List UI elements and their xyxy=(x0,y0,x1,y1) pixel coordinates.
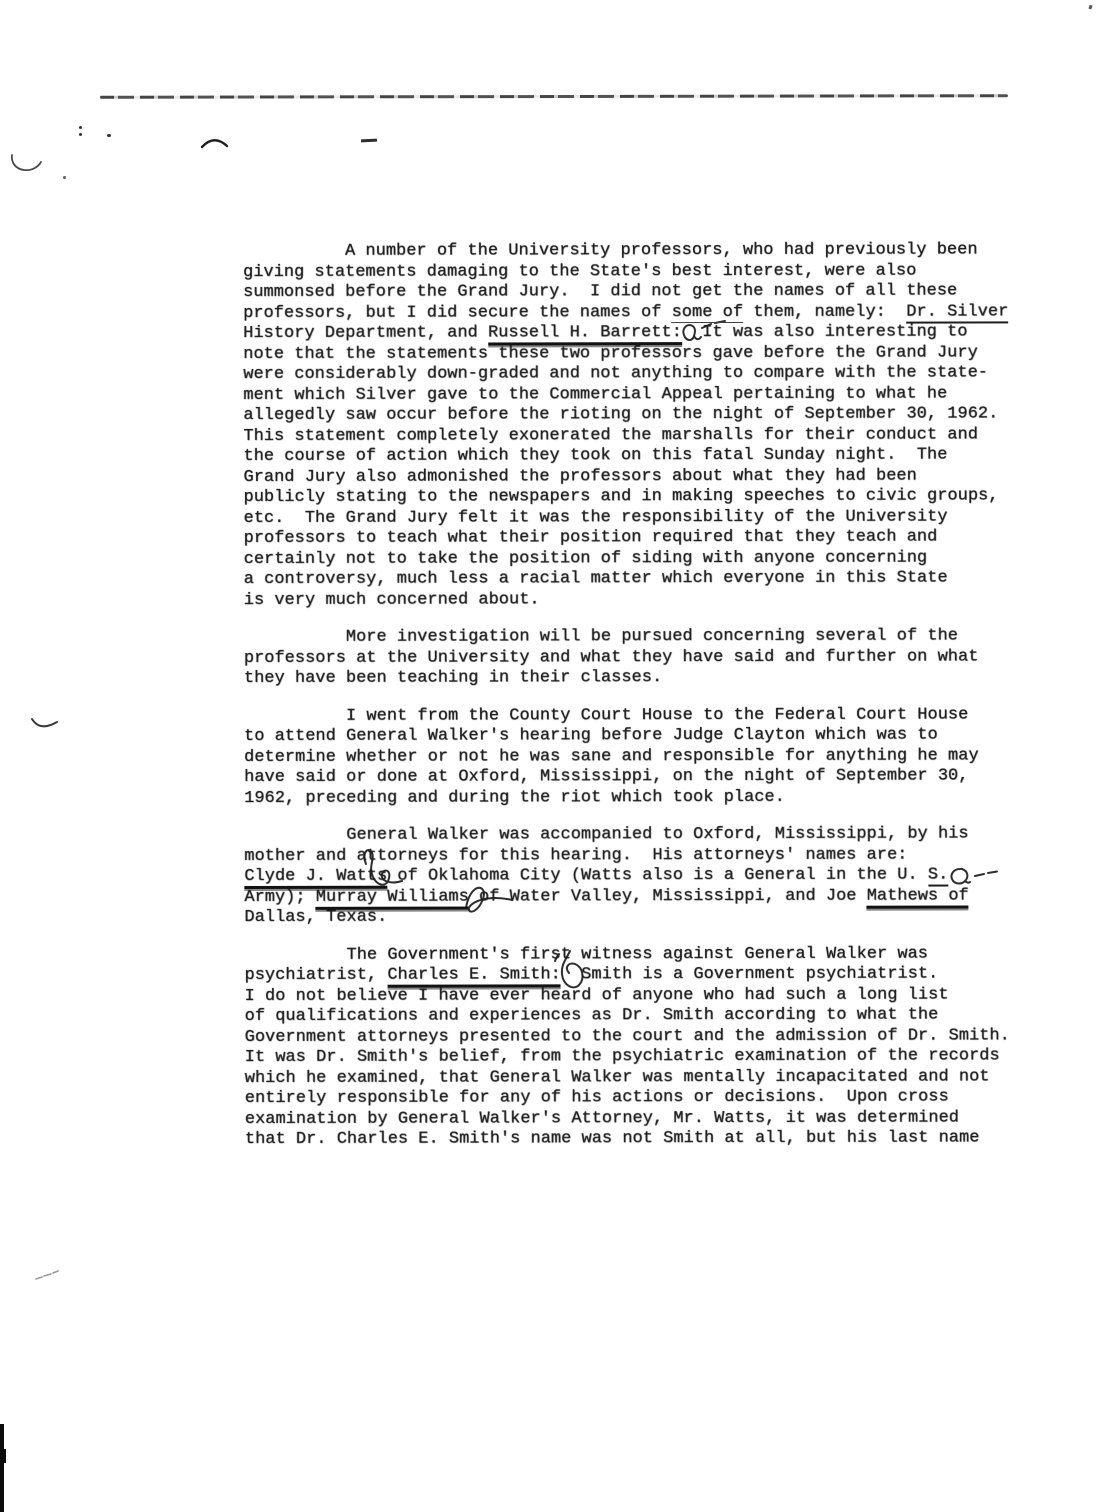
text-run: them, namely: xyxy=(743,302,906,321)
colon-speck xyxy=(79,126,82,129)
text-line: they have been teaching in their classes… xyxy=(244,667,1009,689)
left-margin-curl-mark xyxy=(30,714,60,730)
text-line: giving statements damaging to the State'… xyxy=(243,261,1008,283)
left-margin-curl-mark xyxy=(8,153,44,175)
flag-speck xyxy=(988,1261,998,1270)
text-run: Dallas, Texas. xyxy=(244,908,387,927)
text-line: is very much concerned about. xyxy=(244,589,1009,611)
text-line: of qualifications and experiences as Dr.… xyxy=(245,1005,1010,1027)
text-run: It was also interesting to xyxy=(682,322,968,342)
arc-mark xyxy=(200,137,230,151)
text-run: A number of the University professors, w… xyxy=(243,240,978,261)
text-run: History Department, and xyxy=(243,323,488,343)
text-run: ment which Silver gave to the Commercial… xyxy=(243,384,947,404)
typewritten-text-block: A number of the University professors, w… xyxy=(243,240,1010,1167)
text-line: The Government's first witness against G… xyxy=(244,944,1009,966)
text-run: have said or done at Oxford, Mississippi… xyxy=(244,766,968,787)
text-run: professors at the University and what th… xyxy=(244,647,979,668)
text-run: examination by General Walker's Attorney… xyxy=(245,1108,959,1128)
text-run: Smith is a Government psychiatrist. xyxy=(561,965,939,985)
text-line: the course of action which they took on … xyxy=(243,445,1008,467)
text-run: a controversy, much less a racial matter… xyxy=(244,569,948,589)
underlined-text: Russell H. Barrett: xyxy=(488,323,682,345)
text-run: summonsed before the Grand Jury. I did n… xyxy=(243,282,957,302)
text-line: History Department, and Russell H. Barre… xyxy=(243,322,1008,344)
text-run: I do not believe I have ever heard of an… xyxy=(245,985,949,1005)
dash-mark xyxy=(361,139,377,143)
text-run: professors to teach what their position … xyxy=(244,528,938,548)
text-line: note that the statements these two profe… xyxy=(243,343,1008,365)
text-line: examination by General Walker's Attorney… xyxy=(245,1108,1010,1130)
text-run: of Oklahoma City (Watts also is a Genera… xyxy=(387,866,928,886)
underlined-text: Murray Williams xyxy=(316,887,469,909)
text-run: psychiatrist, xyxy=(245,966,388,985)
text-run: General Walker was accompanied to Oxford… xyxy=(244,824,968,845)
text-line: I do not believe I have ever heard of an… xyxy=(245,985,1010,1007)
text-run: Army); xyxy=(244,887,315,906)
text-line: professors, but I did secure the names o… xyxy=(243,302,1008,324)
text-line: A number of the University professors, w… xyxy=(243,240,1008,262)
text-run: 1962, preceding and during the riot whic… xyxy=(244,787,785,807)
text-line: It was Dr. Smith's belief, from the psyc… xyxy=(245,1046,1010,1068)
underlined-text: some of xyxy=(672,302,743,322)
underlined-text: Charles E. Smith: xyxy=(387,965,560,987)
scanned-document-page: A number of the University professors, w… xyxy=(0,0,1100,1512)
text-line: were considerably down-graded and not an… xyxy=(243,363,1008,385)
left-margin-curl-mark xyxy=(34,1268,60,1282)
text-line: I went from the County Court House to th… xyxy=(244,705,1009,727)
text-line: ment which Silver gave to the Commercial… xyxy=(243,384,1008,406)
dot-speck xyxy=(63,176,66,179)
paragraph: A number of the University professors, w… xyxy=(243,240,1009,611)
text-line: determine whether or not he was sane and… xyxy=(244,746,1009,768)
underlined-text: S. xyxy=(928,866,948,887)
text-line: etc. The Grand Jury felt it was the resp… xyxy=(244,507,1009,529)
text-line: Government attorneys presented to the co… xyxy=(245,1026,1010,1048)
text-line: professors to teach what their position … xyxy=(244,527,1009,549)
text-line: professors at the University and what th… xyxy=(244,647,1009,669)
text-line: Dallas, Texas. xyxy=(244,906,1009,928)
text-run: publicly stating to the newspapers and i… xyxy=(244,486,999,507)
text-line: General Walker was accompanied to Oxford… xyxy=(244,824,1009,846)
text-run: the course of action which they took on … xyxy=(243,446,947,466)
text-run: The Government's first witness against G… xyxy=(244,944,928,964)
paragraph: The Government's first witness against G… xyxy=(244,944,1010,1151)
text-line: allegedly saw occur before the rioting o… xyxy=(243,404,1008,426)
paragraph: I went from the County Court House to th… xyxy=(244,705,1009,809)
text-run: This statement completely exonerated the… xyxy=(243,425,978,446)
underlined-text: Clyde J. Watts xyxy=(244,867,387,889)
text-run: determine whether or not he was sane and… xyxy=(244,746,979,767)
underlined-text: Dr. Silver xyxy=(906,302,1008,323)
text-run: certainly not to take the position of si… xyxy=(244,548,928,568)
text-line: More investigation will be pursued conce… xyxy=(244,626,1009,648)
text-line: Clyde J. Watts of Oklahoma City (Watts a… xyxy=(244,865,1009,887)
text-run: I went from the County Court House to th… xyxy=(244,705,968,726)
text-line: summonsed before the Grand Jury. I did n… xyxy=(243,281,1008,303)
text-line: entirely responsible for any of his acti… xyxy=(245,1087,1010,1109)
corner-speck xyxy=(1088,5,1092,10)
text-line: publicly stating to the newspapers and i… xyxy=(244,486,1009,508)
text-run: Government attorneys presented to the co… xyxy=(245,1026,1010,1047)
text-run: allegedly saw occur before the rioting o… xyxy=(243,404,998,425)
text-line: Grand Jury also admonished the professor… xyxy=(243,466,1008,488)
text-run: they have been teaching in their classes… xyxy=(244,668,662,688)
text-run: etc. The Grand Jury felt it was the resp… xyxy=(244,507,948,527)
text-line: that Dr. Charles E. Smith's name was not… xyxy=(245,1128,1010,1150)
dot-speck xyxy=(107,134,111,137)
bottom-left-edge-bar xyxy=(0,1424,4,1512)
text-line: a controversy, much less a racial matter… xyxy=(244,568,1009,590)
text-line: which he examined, that General Walker w… xyxy=(245,1067,1010,1089)
underlined-text: Mathews of xyxy=(867,886,969,908)
text-run: which he examined, that General Walker w… xyxy=(245,1067,990,1088)
text-run: Grand Jury also admonished the professor… xyxy=(243,466,916,486)
text-run: of qualifications and experiences as Dr.… xyxy=(245,1006,939,1026)
paragraph: More investigation will be pursued conce… xyxy=(244,626,1009,689)
text-line: certainly not to take the position of si… xyxy=(244,548,1009,570)
text-line: mother and attorneys for this hearing. H… xyxy=(244,845,1009,867)
text-line: 1962, preceding and during the riot whic… xyxy=(244,787,1009,809)
text-line: Army); Murray Williams of Water Valley, … xyxy=(244,886,1009,908)
text-run: to attend General Walker's hearing befor… xyxy=(244,726,938,746)
text-run: that Dr. Charles E. Smith's name was not… xyxy=(245,1128,980,1149)
text-run: of Water Valley, Mississippi, and Joe xyxy=(469,886,867,906)
text-line: have said or done at Oxford, Mississippi… xyxy=(244,766,1009,788)
text-line: This statement completely exonerated the… xyxy=(243,425,1008,447)
bottom-left-edge-notch xyxy=(0,1449,6,1463)
text-run: giving statements damaging to the State'… xyxy=(243,261,916,281)
text-run: is very much concerned about. xyxy=(244,590,540,610)
text-run: mother and attorneys for this hearing. H… xyxy=(244,845,907,865)
text-run: professors, but I did secure the names o… xyxy=(243,303,672,323)
scan-streak-line xyxy=(100,94,1008,99)
paragraph: General Walker was accompanied to Oxford… xyxy=(244,824,1009,928)
text-run: were considerably down-graded and not an… xyxy=(243,363,988,384)
text-line: to attend General Walker's hearing befor… xyxy=(244,725,1009,747)
colon-speck xyxy=(79,133,82,136)
text-run: note that the statements these two profe… xyxy=(243,343,978,364)
text-run: entirely responsible for any of his acti… xyxy=(245,1088,949,1108)
text-run: More investigation will be pursued conce… xyxy=(244,627,958,647)
text-run: It was Dr. Smith's belief, from the psyc… xyxy=(245,1046,1000,1067)
text-line: psychiatrist, Charles E. Smith: Smith is… xyxy=(245,964,1010,986)
